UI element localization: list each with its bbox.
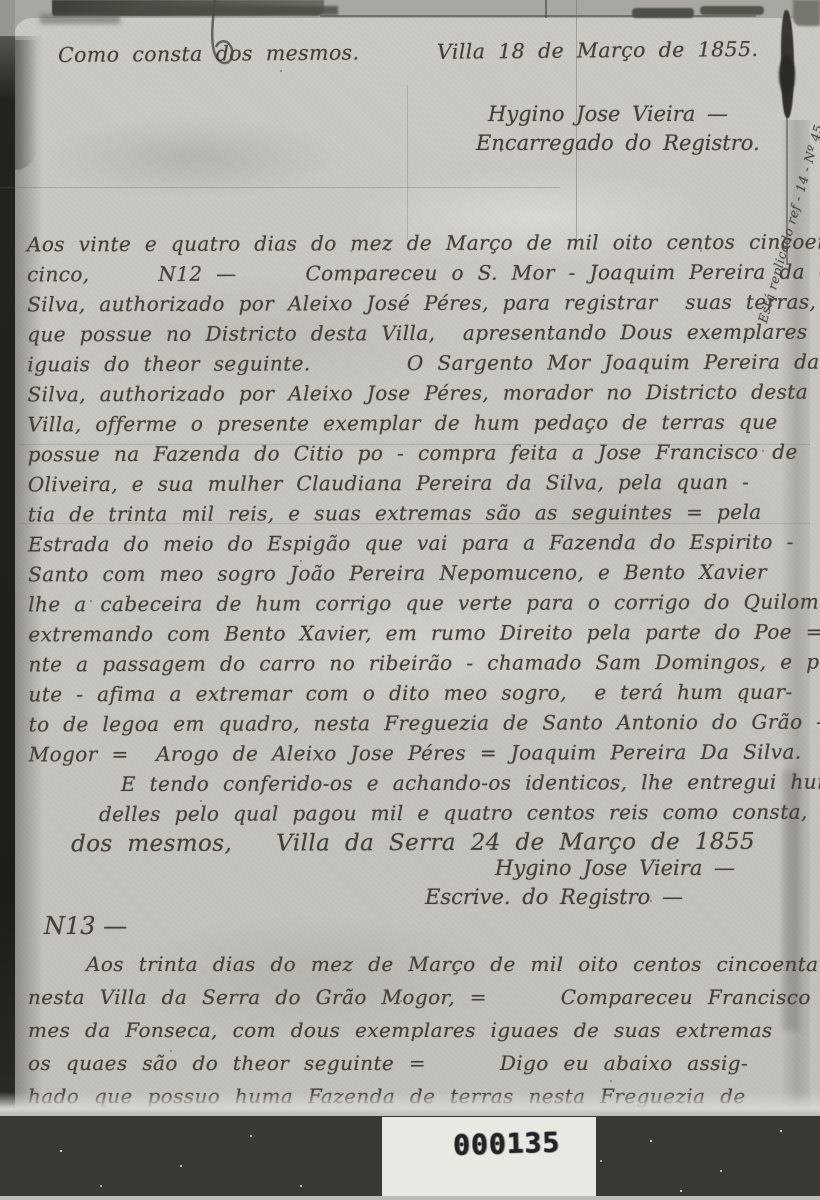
top-smudge-bar-3 (40, 14, 120, 24)
top-smudge-patch-2 (700, 6, 764, 15)
entry-n12-line: Silva, authorizado por Aleixo José Péres… (27, 287, 805, 320)
entry-n12-line: tia de trinta mil reis, e suas extremas … (28, 497, 806, 530)
horizontal-crease (0, 187, 560, 188)
entry-n12-line: E tendo conferido-os e achando-os identi… (29, 767, 807, 800)
page-bottom-edge (0, 1092, 820, 1116)
vertical-crease-2 (407, 85, 408, 240)
entry-n13-line: os quaes são do theor seguinte = Digo eu… (28, 1047, 806, 1080)
entry-n12-line: cinco, N12 — Compareceu o S. Mor - Joaqu… (27, 257, 805, 290)
entry-n12-line: ute - afima a extremar com o dito meo so… (28, 677, 806, 710)
entry-n12-line: Estrada do meio do Espigão que vai para … (28, 527, 806, 560)
top-short-line (545, 0, 547, 18)
entry-n12-line: nte a passagem do carro no ribeirão - ch… (28, 647, 806, 680)
entry-n12-line: que possue no Districto desta Villa, apr… (27, 317, 805, 350)
band-specks (0, 0, 2, 2)
left-edge-top (0, 0, 15, 36)
entry-n12-line: Silva, authorizado por Aleixo Jose Péres… (27, 377, 805, 410)
entry-n12-line: lhe a cabeceira de hum corrigo que verte… (28, 587, 806, 620)
entry-n13-line: nesta Villa da Serra do Grão Mogor, = Co… (28, 981, 806, 1014)
entry-n12-dateline: dos mesmos, Villa da Serra 24 de Março d… (29, 827, 807, 860)
signature-2-name: Hygino Jose Vieira — (495, 856, 735, 880)
entry-n12-line: extremando com Bento Xavier, em rumo Dir… (28, 617, 806, 650)
entry-n12-line: Santo com meo sogro João Pereira Nepomuc… (28, 557, 806, 590)
entry-n12-line: possue na Fazenda do Citio po - compra f… (28, 437, 806, 470)
archive-number-label: 000135 (382, 1117, 596, 1200)
entry-n13-paragraph: Aos trinta dias do mez de Março de mil o… (28, 948, 806, 1113)
right-edge-ink-blot-2 (779, 55, 795, 95)
archive-number-stamp: 000135 (453, 1126, 561, 1162)
top-right-corner-shade (793, 0, 820, 26)
entry-n12-line: Mogor = Arogo de Aleixo Jose Péres = Joa… (29, 737, 807, 770)
signature-1-name: Hygino Jose Vieira — (488, 102, 728, 126)
scanned-manuscript-page: Como consta dos mesmos. Villa 18 de Març… (0, 0, 820, 1200)
entry-n13-number: N13 — (44, 912, 127, 940)
entry-n13-line: mes da Fonseca, com dous exemplares igua… (28, 1014, 806, 1047)
entry-n12-line: delles pelo qual pagou mil e quatro cent… (29, 797, 807, 830)
entry-n12-line: Villa, offerme o presente exemplar de hu… (28, 407, 806, 440)
signature-2-title: Escrive. do Registro — (425, 885, 683, 909)
entry-n13-line: Aos trinta dias do mez de Março de mil o… (28, 948, 806, 981)
entry-n12-line: Oliveira, e sua mulher Claudiana Pereira… (28, 467, 806, 500)
bottom-edge-strip (0, 1196, 820, 1200)
entry-n12-line: Aos vinte e quatro dias do mez de Março … (27, 227, 805, 260)
binding-wedge-shadow (15, 40, 37, 170)
entry-n12-line: to de legoa em quadro, nesta Freguezia d… (29, 707, 807, 740)
binding-black-strip (0, 36, 15, 1120)
signature-1-title: Encarregado do Registro. (476, 131, 760, 155)
entry-n12-paragraph: Aos vinte e quatro dias do mez de Março … (27, 227, 807, 860)
top-smudge-patch (632, 8, 694, 18)
entry-n12-line: iguais do theor seguinte. O Sargento Mor… (27, 347, 805, 380)
